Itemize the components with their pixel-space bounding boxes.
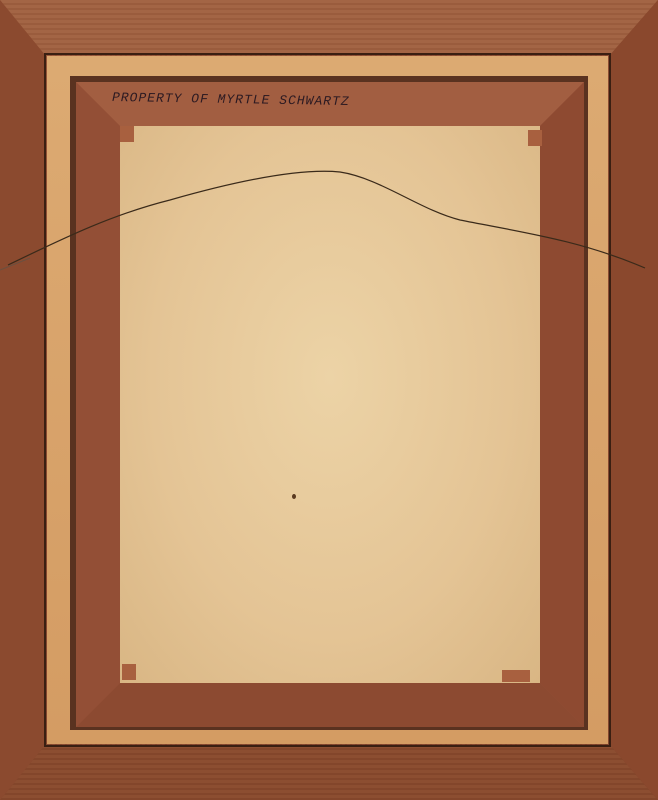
corner-key-bottom-right	[502, 670, 530, 682]
canvas-stain	[292, 494, 296, 499]
stretcher-left-bar	[76, 82, 120, 727]
outer-frame-top-rail	[0, 0, 658, 55]
corner-key-bottom-left	[122, 664, 136, 680]
stretcher-right-bar	[540, 82, 584, 727]
corner-key-top-left	[120, 126, 134, 142]
stretcher-bottom-bar	[76, 683, 584, 727]
corner-key-top-right	[528, 130, 542, 146]
canvas-back	[120, 126, 540, 683]
outer-frame-right-stile	[610, 0, 658, 800]
outer-frame-left-stile	[0, 0, 45, 800]
outer-frame-bottom-rail	[0, 745, 658, 800]
